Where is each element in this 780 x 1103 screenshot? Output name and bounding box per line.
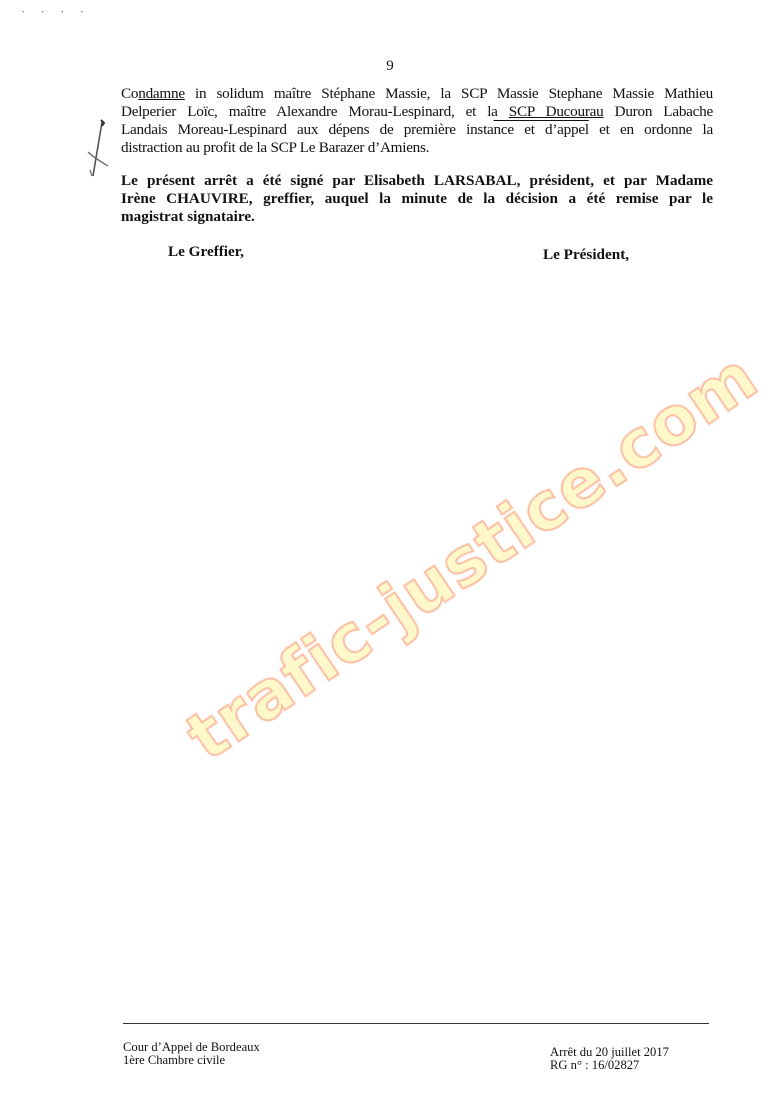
watermark: trafic-justice.com [173,421,647,776]
president-signature-label: Le Président, [543,246,629,264]
footer-divider [123,1023,709,1024]
rg-number: RG n° : 16/02827 [550,1059,669,1072]
handwritten-margin-mark-icon [86,118,110,180]
footer-court-info: Cour d’Appel de Bordeaux 1ère Chambre ci… [123,1041,260,1067]
chamber-name: 1ère Chambre civile [123,1054,260,1067]
paragraph-line: Landais Moreau-Lespinard aux dépens de p… [121,121,713,139]
page-number: 9 [0,58,780,75]
scan-artifacts: • • • • [22,10,91,16]
footer-case-info: Arrêt du 20 juillet 2017 RG n° : 16/0282… [550,1046,669,1072]
document-page: • • • • 9 Condamne in solidum maître Sté… [0,0,780,1103]
greffier-signature-label: Le Greffier, [168,243,244,261]
paragraph-line: distraction au profit de la SCP Le Baraz… [121,139,713,157]
paragraph-line: Condamne in solidum maître Stéphane Mass… [121,85,713,103]
paragraph-line: Delperier Loïc, maître Alexandre Morau-L… [121,103,713,121]
paragraph-line: Le présent arrêt a été signé par Elisabe… [121,172,713,190]
paragraph-line: Irène CHAUVIRE, greffier, auquel la minu… [121,190,713,208]
signature-statement-paragraph: Le présent arrêt a été signé par Elisabe… [121,172,713,226]
paragraph-line: magistrat signataire. [121,208,713,226]
condemnation-paragraph: Condamne in solidum maître Stéphane Mass… [121,85,713,157]
